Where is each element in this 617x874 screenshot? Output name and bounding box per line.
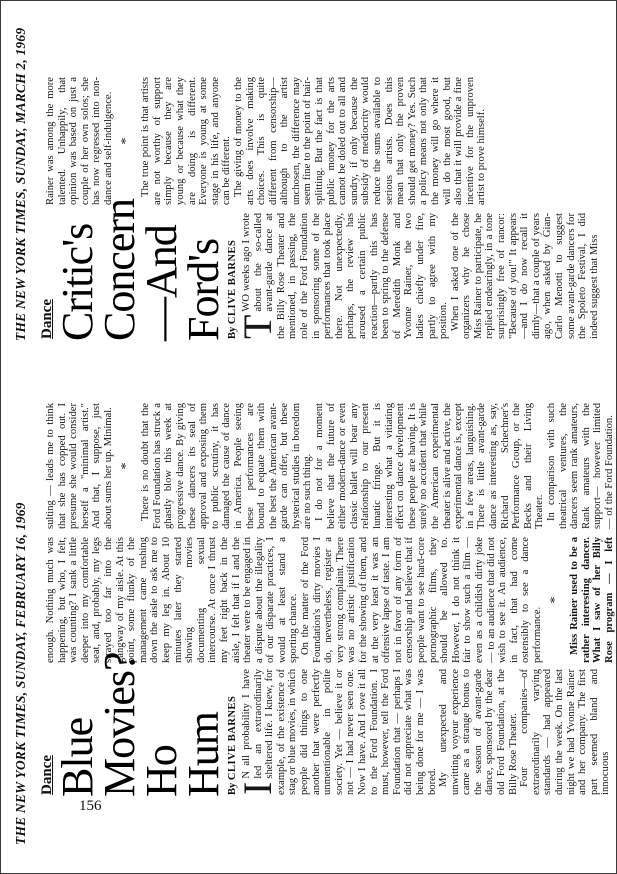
headline-line: Ford's — [183, 199, 225, 341]
headline-line: Critic's — [57, 199, 99, 341]
headline-line: Hum — [183, 652, 225, 797]
drop-cap: T — [242, 315, 274, 339]
headline-line: Concern — [99, 199, 141, 341]
paragraph: Rainer was among the more talented. Unha… — [45, 77, 115, 205]
paragraph: Four companies—of extraordinarily varyin… — [519, 669, 612, 795]
column-feb16-1: IN all probability I have led an extraor… — [241, 669, 612, 795]
paragraph: sulting — leads me to think that she has… — [45, 403, 115, 529]
column-feb16-2: enough. Nothing much was happening, but … — [45, 537, 617, 663]
paragraph: I do not for a moment believe that the f… — [314, 403, 546, 529]
paragraph: Miss Rainer used to be a rather interest… — [569, 537, 617, 663]
page-frame: 156 THE NEW YORK TIMES, SUNDAY, FEBRUARY… — [0, 0, 617, 874]
paragraph: The true point is that artists are not w… — [140, 77, 233, 205]
paragraph: There is no doubt that the Ford Foundati… — [140, 403, 314, 529]
headline-line: Blue — [57, 652, 99, 797]
headline-line: Ho — [141, 652, 183, 797]
paragraph: On the matter of the Ford Foundation's d… — [300, 537, 543, 663]
paragraph: The giving of money to the arts does inv… — [233, 77, 488, 205]
headline-feb16: Blue Movies? Ho Hum — [57, 652, 225, 797]
section-break-asterisk: * — [121, 403, 133, 529]
running-head-feb16: THE NEW YORK TIMES, SUNDAY, FEBRUARY 16,… — [13, 502, 29, 845]
column-mar2-2: Rainer was among the more talented. Unha… — [45, 77, 488, 205]
paragraph: IN all probability I have led an extraor… — [241, 669, 438, 795]
running-head-mar2: THE NEW YORK TIMES, SUNDAY, MARCH 2, 196… — [13, 28, 29, 341]
paragraph: TWO weeks ago I wrote about the so-calle… — [241, 213, 450, 339]
column-mar2-1: TWO weeks ago I wrote about the so-calle… — [241, 213, 600, 339]
byline-author: CLIVE BARNES — [227, 696, 238, 780]
paragraph: enough. Nothing much was happening, but … — [45, 537, 300, 663]
column-feb16-3: sulting — leads me to think that she has… — [45, 403, 616, 529]
byline-feb16: By CLIVE BARNES — [227, 696, 238, 795]
drop-cap: I — [242, 782, 274, 795]
section-break-asterisk: * — [550, 537, 562, 663]
paragraph: In comparison with such theatrical ventu… — [546, 403, 616, 529]
rotated-clipping-canvas: THE NEW YORK TIMES, SUNDAY, FEBRUARY 16,… — [1, 1, 617, 874]
headline-line: Movies? — [99, 652, 141, 797]
section-break-asterisk: * — [121, 77, 133, 205]
byline-author: CLIVE BARNES — [227, 240, 238, 324]
paragraph: My unexpected and unwitting voyeur exper… — [438, 669, 519, 795]
headline-line: —And — [141, 199, 183, 341]
lead-text: N all probability I have led an extraord… — [241, 669, 438, 795]
headline-mar2: Critic's Concern —And Ford's — [57, 199, 225, 341]
paragraph: When I asked one of the organizers why h… — [450, 213, 601, 339]
